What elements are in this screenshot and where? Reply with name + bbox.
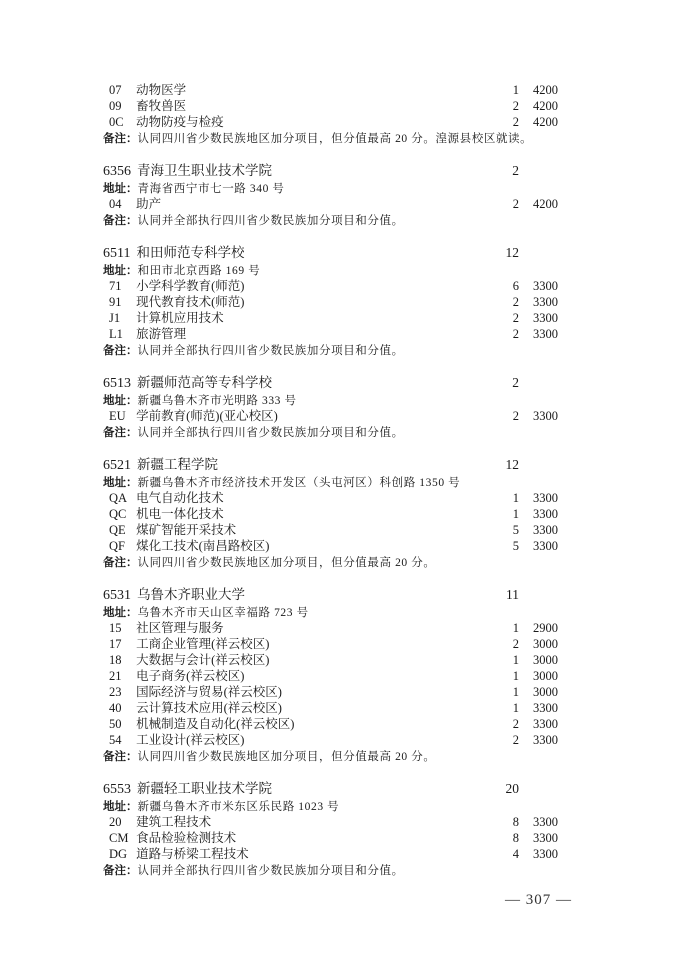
- major-name: 食品检验检测技术: [136, 831, 236, 845]
- major-count: 5: [513, 538, 519, 554]
- school-heading: 6513新疆师范高等专科学校 2: [103, 374, 563, 392]
- major-name: 工业设计(祥云校区): [136, 733, 244, 747]
- major-fee: 3300: [533, 294, 558, 310]
- school-code: 6531: [103, 588, 131, 603]
- major-count: 1: [513, 620, 519, 636]
- major-row: 15 社区管理与服务 1 2900: [103, 620, 563, 636]
- major-count: 1: [513, 82, 519, 98]
- major-name: 电气自动化技术: [136, 491, 224, 505]
- major-code: 50: [109, 716, 131, 732]
- major-code: 0C: [109, 114, 131, 130]
- note-label: 备注：: [103, 425, 138, 439]
- major-row: 18 大数据与会计(祥云校区) 1 3000: [103, 652, 563, 668]
- major-code: 17: [109, 636, 131, 652]
- school-code: 6521: [103, 458, 131, 473]
- major-count: 2: [513, 98, 519, 114]
- address-label: 地址：: [103, 393, 138, 407]
- major-fee: 3000: [533, 668, 558, 684]
- major-count: 8: [513, 814, 519, 830]
- major-code: QF: [109, 538, 131, 554]
- major-fee: 3300: [533, 732, 558, 748]
- major-code: L1: [109, 326, 131, 342]
- note-label: 备注：: [103, 555, 138, 569]
- major-name: 旅游管理: [136, 327, 186, 341]
- major-code: QC: [109, 506, 131, 522]
- major-fee: 3300: [533, 278, 558, 294]
- school-total-count: 12: [506, 456, 520, 474]
- major-count: 1: [513, 668, 519, 684]
- major-count: 1: [513, 490, 519, 506]
- address-text: 青海省西宁市七一路 340 号: [138, 183, 285, 195]
- school-total-count: 12: [506, 244, 520, 262]
- major-name: 机械制造及自动化(祥云校区): [136, 717, 294, 731]
- major-name: 畜牧兽医: [136, 99, 186, 113]
- major-count: 2: [513, 114, 519, 130]
- major-count: 2: [513, 294, 519, 310]
- major-name: 建筑工程技术: [136, 815, 211, 829]
- major-code: J1: [109, 310, 131, 326]
- major-row: QE 煤矿智能开采技术 5 3300: [103, 522, 563, 538]
- school-heading: 6553新疆轻工职业技术学院 20: [103, 780, 563, 798]
- address-text: 新疆乌鲁木齐市经济技术开发区（头屯河区）科创路 1350 号: [138, 477, 461, 489]
- major-name: 工商企业管理(祥云校区): [136, 637, 269, 651]
- major-row: 40 云计算技术应用(祥云校区) 1 3300: [103, 700, 563, 716]
- note-line: 备注：认同并全部执行四川省少数民族加分项目和分值。: [103, 212, 563, 228]
- school-name: 和田师范专科学校: [136, 245, 244, 261]
- major-code: 07: [109, 82, 131, 98]
- address-line: 地址：新疆乌鲁木齐市光明路 333 号: [103, 392, 563, 408]
- major-code: 91: [109, 294, 131, 310]
- school-total-count: 2: [512, 374, 519, 392]
- school-code: 6511: [103, 246, 130, 261]
- major-fee: 3300: [533, 846, 558, 862]
- school-block: 6513新疆师范高等专科学校 2 地址：新疆乌鲁木齐市光明路 333 号 EU …: [103, 374, 563, 440]
- major-fee: 3300: [533, 716, 558, 732]
- major-name: 学前教育(师范)(亚心校区): [136, 409, 278, 423]
- major-count: 2: [513, 732, 519, 748]
- note-line: 备注：认同四川省少数民族地区加分项目，但分值最高 20 分。: [103, 554, 563, 570]
- major-count: 4: [513, 846, 519, 862]
- major-row: QF 煤化工技术(南昌路校区) 5 3300: [103, 538, 563, 554]
- major-count: 8: [513, 830, 519, 846]
- major-name: 助产: [136, 197, 161, 211]
- note-label: 备注：: [103, 863, 138, 877]
- major-name: 机电一体化技术: [136, 507, 224, 521]
- school-name: 新疆师范高等专科学校: [137, 375, 272, 391]
- major-row: 71 小学科学教育(师范) 6 3300: [103, 278, 563, 294]
- school-block: 6553新疆轻工职业技术学院 20 地址：新疆乌鲁木齐市米东区乐民路 1023 …: [103, 780, 563, 878]
- page-number: — 307 —: [505, 892, 572, 909]
- major-code: 20: [109, 814, 131, 830]
- address-label: 地址：: [103, 181, 138, 195]
- note-line: 备注：认同并全部执行四川省少数民族加分项目和分值。: [103, 424, 563, 440]
- note-label: 备注：: [103, 213, 138, 227]
- address-line: 地址：新疆乌鲁木齐市米东区乐民路 1023 号: [103, 798, 563, 814]
- note-text: 认同并全部执行四川省少数民族加分项目和分值。: [138, 215, 404, 227]
- major-code: 18: [109, 652, 131, 668]
- note-text: 认同并全部执行四川省少数民族加分项目和分值。: [138, 427, 404, 439]
- school-heading: 6521新疆工程学院 12: [103, 456, 563, 474]
- major-row: 0C 动物防疫与检疫 2 4200: [103, 114, 563, 130]
- major-name: 道路与桥梁工程技术: [136, 847, 249, 861]
- major-count: 2: [513, 196, 519, 212]
- major-name: 动物防疫与检疫: [136, 115, 224, 129]
- note-label: 备注：: [103, 131, 138, 145]
- note-text: 认同四川省少数民族地区加分项目，但分值最高 20 分。湟源县校区就读。: [138, 133, 533, 145]
- major-row: QC 机电一体化技术 1 3300: [103, 506, 563, 522]
- major-fee: 3000: [533, 684, 558, 700]
- school-block: 6511和田师范专科学校 12 地址：和田市北京西路 169 号 71 小学科学…: [103, 244, 563, 358]
- major-fee: 3300: [533, 310, 558, 326]
- major-fee: 3300: [533, 408, 558, 424]
- address-text: 新疆乌鲁木齐市米东区乐民路 1023 号: [138, 801, 340, 813]
- major-count: 1: [513, 684, 519, 700]
- major-row: 07 动物医学 1 4200: [103, 82, 563, 98]
- note-line: 备注：认同四川省少数民族地区加分项目，但分值最高 20 分。: [103, 748, 563, 764]
- address-line: 地址：青海省西宁市七一路 340 号: [103, 180, 563, 196]
- major-name: 云计算技术应用(祥云校区): [136, 701, 282, 715]
- major-row: L1 旅游管理 2 3300: [103, 326, 563, 342]
- major-row: 50 机械制造及自动化(祥云校区) 2 3300: [103, 716, 563, 732]
- address-line: 地址：新疆乌鲁木齐市经济技术开发区（头屯河区）科创路 1350 号: [103, 474, 563, 490]
- school-heading: 6531乌鲁木齐职业大学 11: [103, 586, 563, 604]
- school-block: 6521新疆工程学院 12 地址：新疆乌鲁木齐市经济技术开发区（头屯河区）科创路…: [103, 456, 563, 570]
- major-fee: 3300: [533, 506, 558, 522]
- note-line: 备注：认同并全部执行四川省少数民族加分项目和分值。: [103, 342, 563, 358]
- address-label: 地址：: [103, 799, 138, 813]
- school-name: 青海卫生职业技术学院: [137, 163, 272, 179]
- major-fee: 3300: [533, 522, 558, 538]
- school-code: 6513: [103, 376, 131, 391]
- note-line: 备注：认同四川省少数民族地区加分项目，但分值最高 20 分。湟源县校区就读。: [103, 130, 563, 146]
- major-code: 54: [109, 732, 131, 748]
- major-name: 国际经济与贸易(祥云校区): [136, 685, 282, 699]
- major-row: 54 工业设计(祥云校区) 2 3300: [103, 732, 563, 748]
- school-name: 乌鲁木齐职业大学: [137, 587, 245, 603]
- major-name: 社区管理与服务: [136, 621, 224, 635]
- major-fee: 3300: [533, 490, 558, 506]
- school-name: 新疆工程学院: [137, 457, 218, 473]
- address-text: 乌鲁木齐市天山区幸福路 723 号: [138, 607, 309, 619]
- major-count: 1: [513, 506, 519, 522]
- major-fee: 3000: [533, 652, 558, 668]
- major-name: 计算机应用技术: [136, 311, 224, 325]
- note-text: 认同四川省少数民族地区加分项目，但分值最高 20 分。: [138, 557, 436, 569]
- address-line: 地址：和田市北京西路 169 号: [103, 262, 563, 278]
- major-row: 17 工商企业管理(祥云校区) 2 3000: [103, 636, 563, 652]
- school-block: 6531乌鲁木齐职业大学 11 地址：乌鲁木齐市天山区幸福路 723 号 15 …: [103, 586, 563, 764]
- major-count: 2: [513, 310, 519, 326]
- major-name: 煤化工技术(南昌路校区): [136, 539, 269, 553]
- note-line: 备注：认同并全部执行四川省少数民族加分项目和分值。: [103, 862, 563, 878]
- major-count: 2: [513, 408, 519, 424]
- major-fee: 3300: [533, 538, 558, 554]
- school-name: 新疆轻工职业技术学院: [137, 781, 272, 797]
- major-name: 现代教育技术(师范): [136, 295, 244, 309]
- major-name: 电子商务(祥云校区): [136, 669, 244, 683]
- address-text: 和田市北京西路 169 号: [138, 265, 261, 277]
- major-fee: 3300: [533, 830, 558, 846]
- major-fee: 3300: [533, 814, 558, 830]
- major-row: 21 电子商务(祥云校区) 1 3000: [103, 668, 563, 684]
- major-name: 小学科学教育(师范): [136, 279, 244, 293]
- major-count: 1: [513, 700, 519, 716]
- major-code: QA: [109, 490, 131, 506]
- note-text: 认同并全部执行四川省少数民族加分项目和分值。: [138, 345, 404, 357]
- major-code: 09: [109, 98, 131, 114]
- major-fee: 2900: [533, 620, 558, 636]
- note-text: 认同并全部执行四川省少数民族加分项目和分值。: [138, 865, 404, 877]
- major-code: 71: [109, 278, 131, 294]
- major-count: 2: [513, 636, 519, 652]
- school-heading: 6356青海卫生职业技术学院 2: [103, 162, 563, 180]
- major-fee: 4200: [533, 98, 558, 114]
- major-code: 21: [109, 668, 131, 684]
- major-fee: 4200: [533, 82, 558, 98]
- major-row: 20 建筑工程技术 8 3300: [103, 814, 563, 830]
- major-code: 23: [109, 684, 131, 700]
- major-row: QA 电气自动化技术 1 3300: [103, 490, 563, 506]
- major-code: 04: [109, 196, 131, 212]
- major-count: 5: [513, 522, 519, 538]
- major-code: DG: [109, 846, 131, 862]
- address-text: 新疆乌鲁木齐市光明路 333 号: [138, 395, 297, 407]
- address-label: 地址：: [103, 475, 138, 489]
- major-fee: 3300: [533, 700, 558, 716]
- address-line: 地址：乌鲁木齐市天山区幸福路 723 号: [103, 604, 563, 620]
- major-count: 2: [513, 326, 519, 342]
- continued-school-block: 07 动物医学 1 4200 09 畜牧兽医 2 4200 0C 动物防疫与检疫…: [103, 82, 563, 146]
- major-count: 6: [513, 278, 519, 294]
- major-row: 23 国际经济与贸易(祥云校区) 1 3000: [103, 684, 563, 700]
- school-total-count: 2: [512, 162, 519, 180]
- address-label: 地址：: [103, 263, 138, 277]
- major-row: 91 现代教育技术(师范) 2 3300: [103, 294, 563, 310]
- school-code: 6356: [103, 164, 131, 179]
- school-code: 6553: [103, 782, 131, 797]
- major-fee: 3300: [533, 326, 558, 342]
- document-page: 07 动物医学 1 4200 09 畜牧兽医 2 4200 0C 动物防疫与检疫…: [0, 0, 680, 961]
- major-code: CM: [109, 830, 131, 846]
- school-total-count: 11: [506, 586, 519, 604]
- major-count: 1: [513, 652, 519, 668]
- address-label: 地址：: [103, 605, 138, 619]
- major-row: EU 学前教育(师范)(亚心校区) 2 3300: [103, 408, 563, 424]
- major-name: 煤矿智能开采技术: [136, 523, 236, 537]
- school-total-count: 20: [506, 780, 520, 798]
- major-code: 15: [109, 620, 131, 636]
- note-text: 认同四川省少数民族地区加分项目，但分值最高 20 分。: [138, 751, 436, 763]
- admissions-listing: 07 动物医学 1 4200 09 畜牧兽医 2 4200 0C 动物防疫与检疫…: [103, 82, 563, 878]
- major-name: 动物医学: [136, 83, 186, 97]
- major-row: CM 食品检验检测技术 8 3300: [103, 830, 563, 846]
- major-code: 40: [109, 700, 131, 716]
- major-name: 大数据与会计(祥云校区): [136, 653, 269, 667]
- major-code: EU: [109, 408, 131, 424]
- major-fee: 4200: [533, 196, 558, 212]
- note-label: 备注：: [103, 749, 138, 763]
- major-fee: 4200: [533, 114, 558, 130]
- major-row: 09 畜牧兽医 2 4200: [103, 98, 563, 114]
- note-label: 备注：: [103, 343, 138, 357]
- major-code: QE: [109, 522, 131, 538]
- major-count: 2: [513, 716, 519, 732]
- major-row: DG 道路与桥梁工程技术 4 3300: [103, 846, 563, 862]
- major-fee: 3000: [533, 636, 558, 652]
- school-block: 6356青海卫生职业技术学院 2 地址：青海省西宁市七一路 340 号 04 助…: [103, 162, 563, 228]
- major-row: J1 计算机应用技术 2 3300: [103, 310, 563, 326]
- school-heading: 6511和田师范专科学校 12: [103, 244, 563, 262]
- major-row: 04 助产 2 4200: [103, 196, 563, 212]
